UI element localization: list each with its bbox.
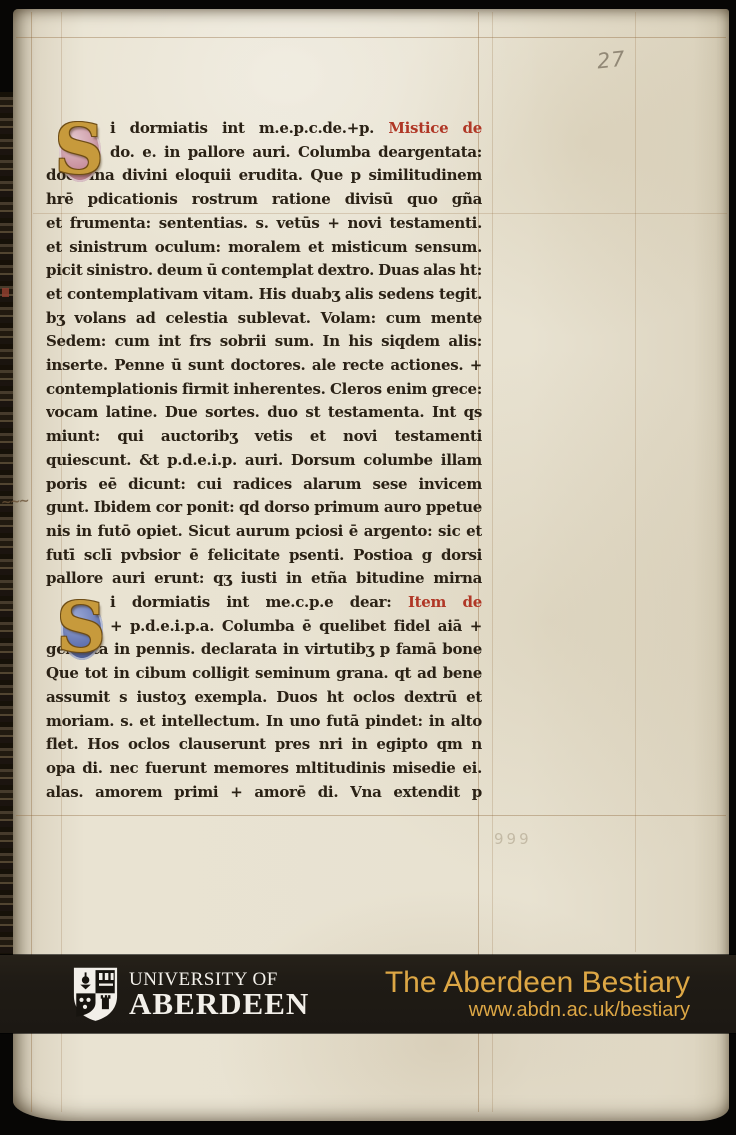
body-text: gentata in pennis. declarata in virtutib… xyxy=(46,640,482,662)
footer-banner: UNIVERSITY OF ABERDEEN The Aberdeen Best… xyxy=(0,955,736,1033)
body-text: assumit s iustoʒ exempla. Duos ht oclos … xyxy=(46,688,482,710)
body-text: opa di. nec fuerunt memores mltitudinis … xyxy=(46,759,482,781)
university-wordmark: UNIVERSITY OF ABERDEEN xyxy=(129,970,309,1019)
university-crest-icon xyxy=(72,966,119,1022)
ruled-line-vertical-margin xyxy=(635,12,636,952)
body-text: inserte. Penne ū sunt doctores. ale rect… xyxy=(46,356,482,378)
body-text: Que tot in cibum colligit seminum grana.… xyxy=(46,664,482,686)
manuscript-line: miunt: qui auctoribʒ vetis et novi testa… xyxy=(46,425,482,449)
manuscript-line: nis in futō opiet. Sicut aurum pciosi ē … xyxy=(46,520,482,544)
body-text: futī sclī pvbsior ē felicitate psenti. P… xyxy=(46,546,482,568)
body-text: alas. amorem primi + amorē di. Vna exten… xyxy=(46,783,482,805)
body-text: nis in futō opiet. Sicut aurum pciosi ē … xyxy=(46,522,482,544)
manuscript-line: et frumenta: sententias. s. vetūs + novi… xyxy=(46,212,482,236)
ruled-line-vertical-right-outer xyxy=(492,12,493,1112)
ruled-line-horizontal-top xyxy=(16,37,726,38)
university-brand: UNIVERSITY OF ABERDEEN xyxy=(72,966,309,1022)
manuscript-line: moriam. s. et intellectum. In uno futā p… xyxy=(46,710,482,734)
body-text: poris eē dicunt: cui radices alarum sese… xyxy=(46,475,482,497)
initial-letter: S xyxy=(53,110,105,190)
manuscript-line: doctrina divini eloquii erudita. Que p s… xyxy=(46,164,482,188)
manuscript-line: Sedem: cum int frs sobrii sum. In his si… xyxy=(46,330,482,354)
manuscript-line: pallore auri erunt: qʒ iusti in etña bit… xyxy=(46,567,482,591)
manuscript-line: picit sinistro. deum ū contemplat dextro… xyxy=(46,259,482,283)
illuminated-initial-s-1: S xyxy=(53,118,105,188)
manuscript-line: flet. Hos oclos clauserunt pres nri in e… xyxy=(46,733,482,757)
manuscript-line: gentata in pennis. declarata in virtutib… xyxy=(46,638,482,662)
body-text: doctrina divini eloquii erudita. Que p s… xyxy=(46,166,482,188)
manuscript-line: inserte. Penne ū sunt doctores. ale rect… xyxy=(46,354,482,378)
body-text: + p.d.e.i.p.a. Columba ē quelibet fidel … xyxy=(110,617,482,639)
manuscript-line: hrē pdicationis rostrum ratione divisū q… xyxy=(46,188,482,212)
bestiary-titles: The Aberdeen Bestiary www.abdn.ac.uk/bes… xyxy=(385,967,690,1021)
manuscript-line: vocam latine. Due sortes. duo st testame… xyxy=(46,401,482,425)
university-wordmark-line2: ABERDEEN xyxy=(129,989,309,1019)
manuscript-line: poris eē dicunt: cui radices alarum sese… xyxy=(46,473,482,497)
body-text: vocam latine. Due sortes. duo st testame… xyxy=(46,403,482,425)
body-text: picit sinistro. deum ū contemplat dextro… xyxy=(46,261,482,283)
body-text: et frumenta: sententias. s. vetūs + novi… xyxy=(46,214,482,236)
body-text: moriam. s. et intellectum. In uno futā p… xyxy=(46,712,482,734)
manuscript-line: assumit s iustoʒ exempla. Duos ht oclos … xyxy=(46,686,482,710)
manuscript-line: + p.d.e.i.p.a. Columba ē quelibet fidel … xyxy=(110,615,482,639)
ruled-line-horizontal-bottom xyxy=(16,815,726,816)
manuscript-line: i dormiatis int me.c.p.e dear: Item de c… xyxy=(110,591,482,615)
folio-number: 27 xyxy=(596,47,627,74)
manuscript-text-block: i dormiatis int m.e.p.c.de.+p. Mistice d… xyxy=(46,117,482,809)
body-text: i dormiatis int me.c.p.e dear: xyxy=(110,593,408,611)
body-text: gunt. Ibidem cor ponit: qd dorso primum … xyxy=(46,498,482,520)
body-text: quiescunt. &t p.d.e.i.p. auri. Dorsum co… xyxy=(46,451,482,473)
manuscript-line: et sinistrum oculum: moralem et misticum… xyxy=(46,236,482,260)
body-text: pallore auri erunt: qʒ iusti in etña bit… xyxy=(46,569,482,591)
manuscript-line: opa di. nec fuerunt memores mltitudinis … xyxy=(46,757,482,781)
body-text: i dormiatis int m.e.p.c.de.+p. xyxy=(110,119,388,137)
manuscript-line: do. e. in pallore auri. Columba deargent… xyxy=(110,141,482,165)
body-text: hrē pdicationis rostrum ratione divisū q… xyxy=(46,190,482,212)
body-text: bʒ volans ad celestia sublevat. Volam: c… xyxy=(46,309,482,331)
manuscript-line: quiescunt. &t p.d.e.i.p. auri. Dorsum co… xyxy=(46,449,482,473)
body-text: miunt: qui auctoribʒ vetis et novi testa… xyxy=(46,427,482,449)
body-text: do. e. in pallore auri. Columba deargent… xyxy=(110,143,482,165)
ruled-line-vertical-left-outer xyxy=(31,12,32,1112)
bestiary-url[interactable]: www.abdn.ac.uk/bestiary xyxy=(385,999,690,1021)
manuscript-line: alas. amorem primi + amorē di. Vna exten… xyxy=(46,781,482,805)
manuscript-line: et contemplativam vitam. His duabʒ alis … xyxy=(46,283,482,307)
body-text: et contemplativam vitam. His duabʒ alis … xyxy=(46,285,482,307)
manuscript-line: bʒ volans ad celestia sublevat. Volam: c… xyxy=(46,307,482,331)
margin-squiggle: ~~~ xyxy=(1,493,44,511)
body-text: et sinistrum oculum: moralem et misticum… xyxy=(46,238,482,260)
underleaf-edge xyxy=(0,92,13,958)
body-text: Sedem: cum int frs sobrii sum. In his si… xyxy=(46,332,482,354)
body-text: contemplationis firmit inherentes. Clero… xyxy=(46,380,482,402)
manuscript-line: contemplationis firmit inherentes. Clero… xyxy=(46,378,482,402)
faint-pencil-mark: 999 xyxy=(494,830,532,848)
illuminated-initial-s-2: S xyxy=(55,596,107,666)
manuscript-line: i dormiatis int m.e.p.c.de.+p. Mistice d… xyxy=(110,117,482,141)
bestiary-title: The Aberdeen Bestiary xyxy=(385,967,690,999)
manuscript-line: Que tot in cibum colligit seminum grana.… xyxy=(46,662,482,686)
manuscript-line: gunt. Ibidem cor ponit: qd dorso primum … xyxy=(46,496,482,520)
initial-letter: S xyxy=(55,588,107,668)
manuscript-line: futī sclī pvbsior ē felicitate psenti. P… xyxy=(46,544,482,568)
body-text: flet. Hos oclos clauserunt pres nri in e… xyxy=(46,735,482,757)
underleaf-rubric-fleck xyxy=(2,288,9,297)
